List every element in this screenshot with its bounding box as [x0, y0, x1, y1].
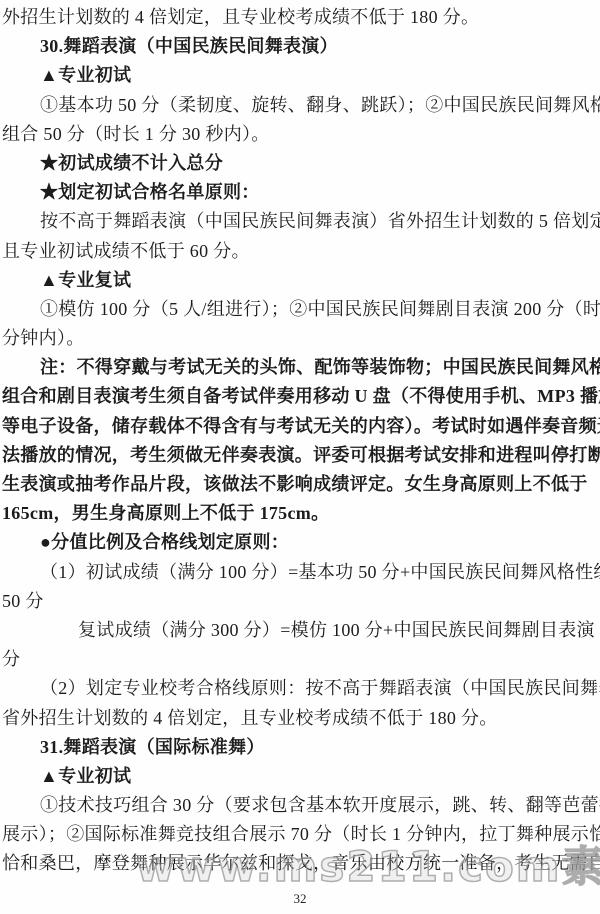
document-page: 外招生计划数的 4 倍划定，且专业校考成绩不低于 180 分。 30.舞蹈表演（…: [0, 0, 600, 914]
note-score-heading: ★初试成绩不计入总分: [2, 149, 598, 178]
text-line: 分钟内）。: [2, 324, 598, 353]
text-line: 恰和桑巴，摩登舞种展示华尔兹和探戈，音乐由校方统一准备，考生无需自备: [2, 849, 598, 878]
qualify-rule-heading: ★划定初试合格名单原则：: [2, 178, 598, 207]
text-line: 省外招生计划数的 4 倍划定，且专业校考成绩不低于 180 分。: [2, 704, 598, 733]
initial-exam-heading: ▲专业初试: [2, 762, 598, 791]
text-line: 分: [2, 645, 598, 674]
note-paragraph-line: 生表演或抽考作品片段，该做法不影响成绩评定。女生身高原则上不低于: [2, 470, 598, 499]
page-number: 32: [0, 891, 600, 907]
text-line: ①基本功 50 分（柔韧度、旋转、翻身、跳跃）；②中国民族民间舞风格性: [2, 91, 598, 120]
note-paragraph-line: 等电子设备，储存载体不得含有与考试无关的内容）。考试时如遇伴奏音频无: [2, 412, 598, 441]
text-line: 且专业初试成绩不低于 60 分。: [2, 237, 598, 266]
note-paragraph-line: 注：不得穿戴与考试无关的头饰、配饰等装饰物；中国民族民间舞风格性: [2, 353, 598, 382]
section-30-heading: 30.舞蹈表演（中国民族民间舞表演）: [2, 32, 598, 61]
text-line: （1）初试成绩（满分 100 分）=基本功 50 分+中国民族民间舞风格性组合: [2, 558, 598, 587]
text-line: ①模仿 100 分（5 人/组进行）；②中国民族民间舞剧目表演 200 分（时长…: [2, 295, 598, 324]
score-ratio-heading: ●分值比例及合格线划定原则：: [2, 528, 598, 557]
note-paragraph-line: 165cm，男生身高原则上不低于 175cm。: [2, 499, 598, 528]
note-paragraph-line: 法播放的情况，考生须做无伴奏表演。评委可根据考试安排和进程叫停打断考: [2, 441, 598, 470]
text-line: （2）划定专业校考合格线原则：按不高于舞蹈表演（中国民族民间舞表演）: [2, 674, 598, 703]
note-paragraph-line: 组合和剧目表演考生须自备考试伴奏用移动 U 盘（不得使用手机、MP3 播放器: [2, 382, 598, 411]
initial-exam-heading: ▲专业初试: [2, 61, 598, 90]
text-line: 按不高于舞蹈表演（中国民族民间舞表演）省外招生计划数的 5 倍划定，: [2, 207, 598, 236]
text-line: 外招生计划数的 4 倍划定，且专业校考成绩不低于 180 分。: [2, 3, 598, 32]
text-line: 展示）；②国际标准舞竞技组合展示 70 分（时长 1 分钟内，拉丁舞种展示恰恰: [2, 820, 598, 849]
text-line: 组合 50 分（时长 1 分 30 秒内）。: [2, 120, 598, 149]
text-line: 50 分: [2, 587, 598, 616]
text-line: 复试成绩（满分 300 分）=模仿 100 分+中国民族民间舞剧目表演 200: [2, 616, 598, 645]
section-31-heading: 31.舞蹈表演（国际标准舞）: [2, 733, 598, 762]
text-line: ①技术技巧组合 30 分（要求包含基本软开度展示，跳、转、翻等芭蕾技巧: [2, 791, 598, 820]
retest-heading: ▲专业复试: [2, 266, 598, 295]
text-body: 外招生计划数的 4 倍划定，且专业校考成绩不低于 180 分。 30.舞蹈表演（…: [2, 3, 598, 879]
